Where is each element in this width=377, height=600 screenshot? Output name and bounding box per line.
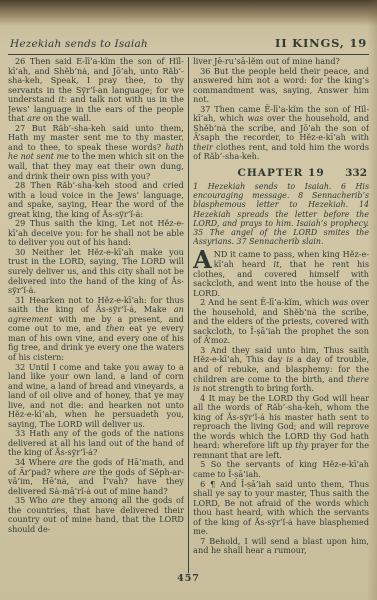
verse: 2 And he sent Ĕ-lī’a-kĭm, which was over… (193, 298, 369, 346)
verse: 29 Thus saith the king, Let not Hĕz-e-kī… (8, 219, 184, 248)
verse: 4 It may be the LORD thy God will hear a… (193, 394, 369, 461)
verse: 27 But Răb’-sha-keh said unto them, Hath… (8, 124, 184, 181)
verse-number: 3 (200, 345, 205, 355)
chapter-heading: CHAPTER 19332 (193, 167, 369, 179)
verse: 7 Behold, I will send a blast upon him, … (193, 537, 369, 556)
verse-number: 6 (200, 479, 205, 489)
verse-number: 32 (15, 362, 25, 372)
running-header: Hezekiah sends to Isaiah II KINGS, 19 (10, 36, 367, 50)
verse: 37 Then came Ĕ-lī’a-kĭm the son of Hĭl-k… (193, 105, 369, 162)
running-header-book-reference: II KINGS, 19 (275, 36, 367, 50)
page-top-edge-shadow (0, 0, 377, 26)
verse: 32 Until I come and take you away to a l… (8, 363, 184, 430)
verse: 33 Hath any of the gods of the nations d… (8, 429, 184, 458)
verse: 30 Neither let Hĕz-e-kī’ah make you trus… (8, 248, 184, 296)
verse-number: 26 (15, 57, 25, 66)
verse-number: 5 (200, 459, 205, 469)
chapter-summary: 1 Hezekiah sends to Isaiah. 6 His encour… (193, 182, 369, 246)
verse: 3 And they said unto him, Thus saith Hĕz… (193, 346, 369, 394)
verse-number: 35 (15, 495, 25, 505)
verse-number: 36 (200, 66, 210, 76)
chapter-title: CHAPTER 19 (238, 167, 325, 179)
verse: AND it came to pass, when king Hĕz-e-kī’… (193, 250, 369, 298)
verse: 6 ¶ And Ī-ṣā’iah said unto them, Thus sh… (193, 480, 369, 537)
left-column: 26 Then said Ĕ-lī’a-kĭm the son of Hĭl-k… (8, 57, 184, 573)
verse: 36 But the people held their peace, and … (193, 67, 369, 105)
drop-cap: A (193, 250, 214, 269)
verse-number: 30 (15, 247, 25, 257)
verse: 28 Then Răb’-sha-keh stood and cried wit… (8, 181, 184, 219)
verse: 35 Who are they among all the gods of th… (8, 496, 184, 534)
verse-number: 29 (15, 218, 25, 228)
page-number: 457 (0, 573, 377, 584)
verse-number: 34 (15, 457, 25, 467)
verse-number: 31 (15, 295, 25, 305)
verse: 26 Then said Ĕ-lī’a-kĭm the son of Hĭl-k… (8, 57, 184, 124)
verse-number: 4 (200, 393, 205, 403)
right-column: liver Jē-ru’sā-lĕm out of mine hand?36 B… (193, 57, 369, 573)
verse-number: 27 (15, 123, 25, 133)
running-header-title: Hezekiah sends to Isaiah (10, 38, 148, 50)
text-columns: 26 Then said Ĕ-lī’a-kĭm the son of Hĭl-k… (8, 57, 369, 573)
verse: 34 Where are the gods of Hā’math, and of… (8, 458, 184, 496)
verse-number: 28 (15, 180, 25, 190)
verse-number: 2 (200, 297, 205, 307)
chapter-reference-number: 332 (345, 167, 367, 179)
verse-number: 33 (15, 428, 25, 438)
verse-number: 7 (200, 536, 205, 546)
header-rule (8, 54, 369, 55)
verse: 31 Hearken not to Hĕz-e-kī’ah: for thus … (8, 296, 184, 363)
bible-page-scan: Hezekiah sends to Isaiah II KINGS, 19 26… (0, 0, 377, 600)
verse: 5 So the servants of king Hĕz-e-kī’ah ca… (193, 460, 369, 479)
column-divider-rule (188, 57, 189, 573)
verse-number: 37 (200, 104, 210, 114)
